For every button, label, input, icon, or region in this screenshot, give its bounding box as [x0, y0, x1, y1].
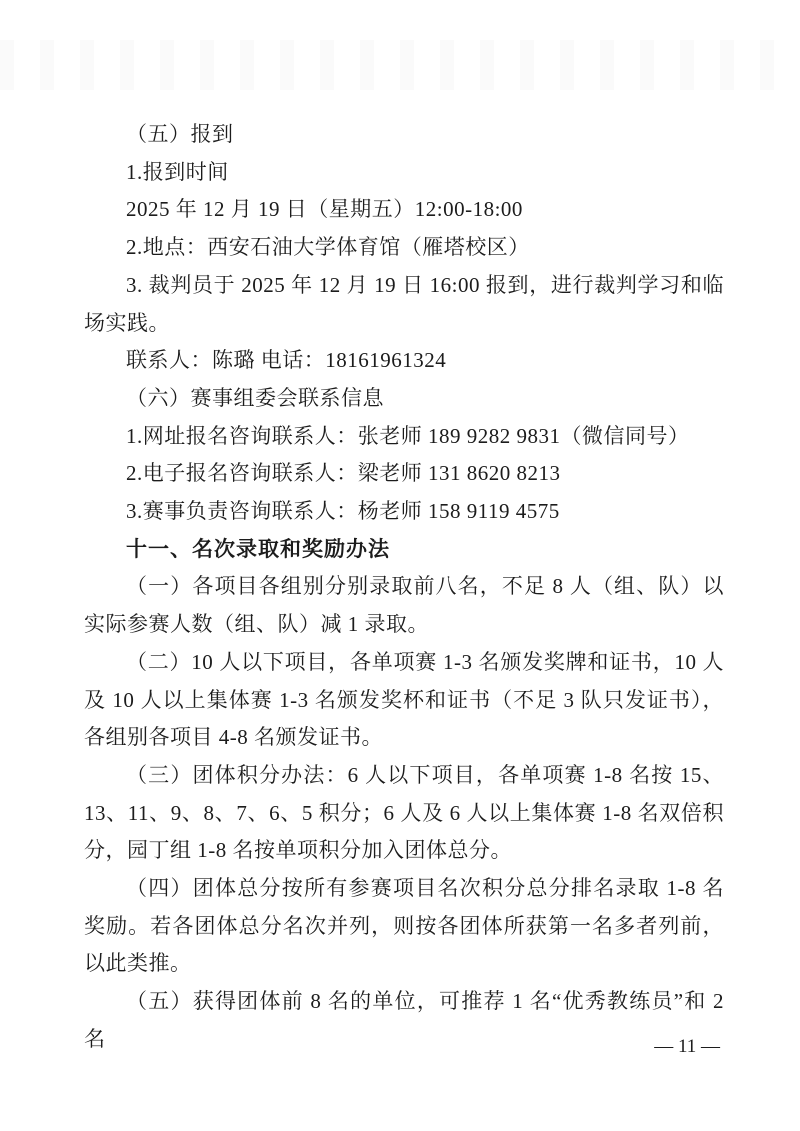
awards-rule-1: （一）各项目各组别分别录取前八名，不足 8 人（组、队）以实际参赛人数（组、队）… [84, 568, 724, 643]
checkin-time-label: 1.报到时间 [84, 154, 724, 192]
contact-event-lead: 3.赛事负责咨询联系人：杨老师 158 9119 4575 [84, 493, 724, 531]
checkin-location: 2.地点：西安石油大学体育馆（雁塔校区） [84, 229, 724, 267]
document-page: （五）报到 1.报到时间 2025 年 12 月 19 日（星期五）12:00-… [0, 0, 800, 1131]
awards-rule-4: （四）团体总分按所有参赛项目名次积分总分排名录取 1-8 名奖励。若各团体总分名… [84, 870, 724, 983]
awards-rule-3: （三）团体积分办法：6 人以下项目，各单项赛 1-8 名按 15、13、11、9… [84, 757, 724, 870]
referee-checkin-note: 3. 裁判员于 2025 年 12 月 19 日 16:00 报到，进行裁判学习… [84, 267, 724, 342]
document-body: （五）报到 1.报到时间 2025 年 12 月 19 日（星期五）12:00-… [84, 116, 724, 1059]
awards-rule-5: （五）获得团体前 8 名的单位，可推荐 1 名“优秀教练员”和 2 名 [84, 983, 724, 1058]
section-5-checkin-heading: （五）报到 [84, 116, 724, 154]
contact-website-signup: 1.网址报名咨询联系人：张老师 189 9282 9831（微信同号） [84, 418, 724, 456]
checkin-time-value: 2025 年 12 月 19 日（星期五）12:00-18:00 [84, 191, 724, 229]
awards-rule-2: （二）10 人以下项目，各单项赛 1-3 名颁发奖牌和证书，10 人及 10 人… [84, 644, 724, 757]
contact-chenlu-phone: 联系人：陈璐 电话：18161961324 [84, 342, 724, 380]
section-11-awards-heading: 十一、名次录取和奖励办法 [84, 531, 724, 569]
contact-electronic-signup: 2.电子报名咨询联系人：梁老师 131 8620 8213 [84, 455, 724, 493]
section-6-committee-contact-heading: （六）赛事组委会联系信息 [84, 380, 724, 418]
page-number: — 11 — [654, 1036, 720, 1058]
